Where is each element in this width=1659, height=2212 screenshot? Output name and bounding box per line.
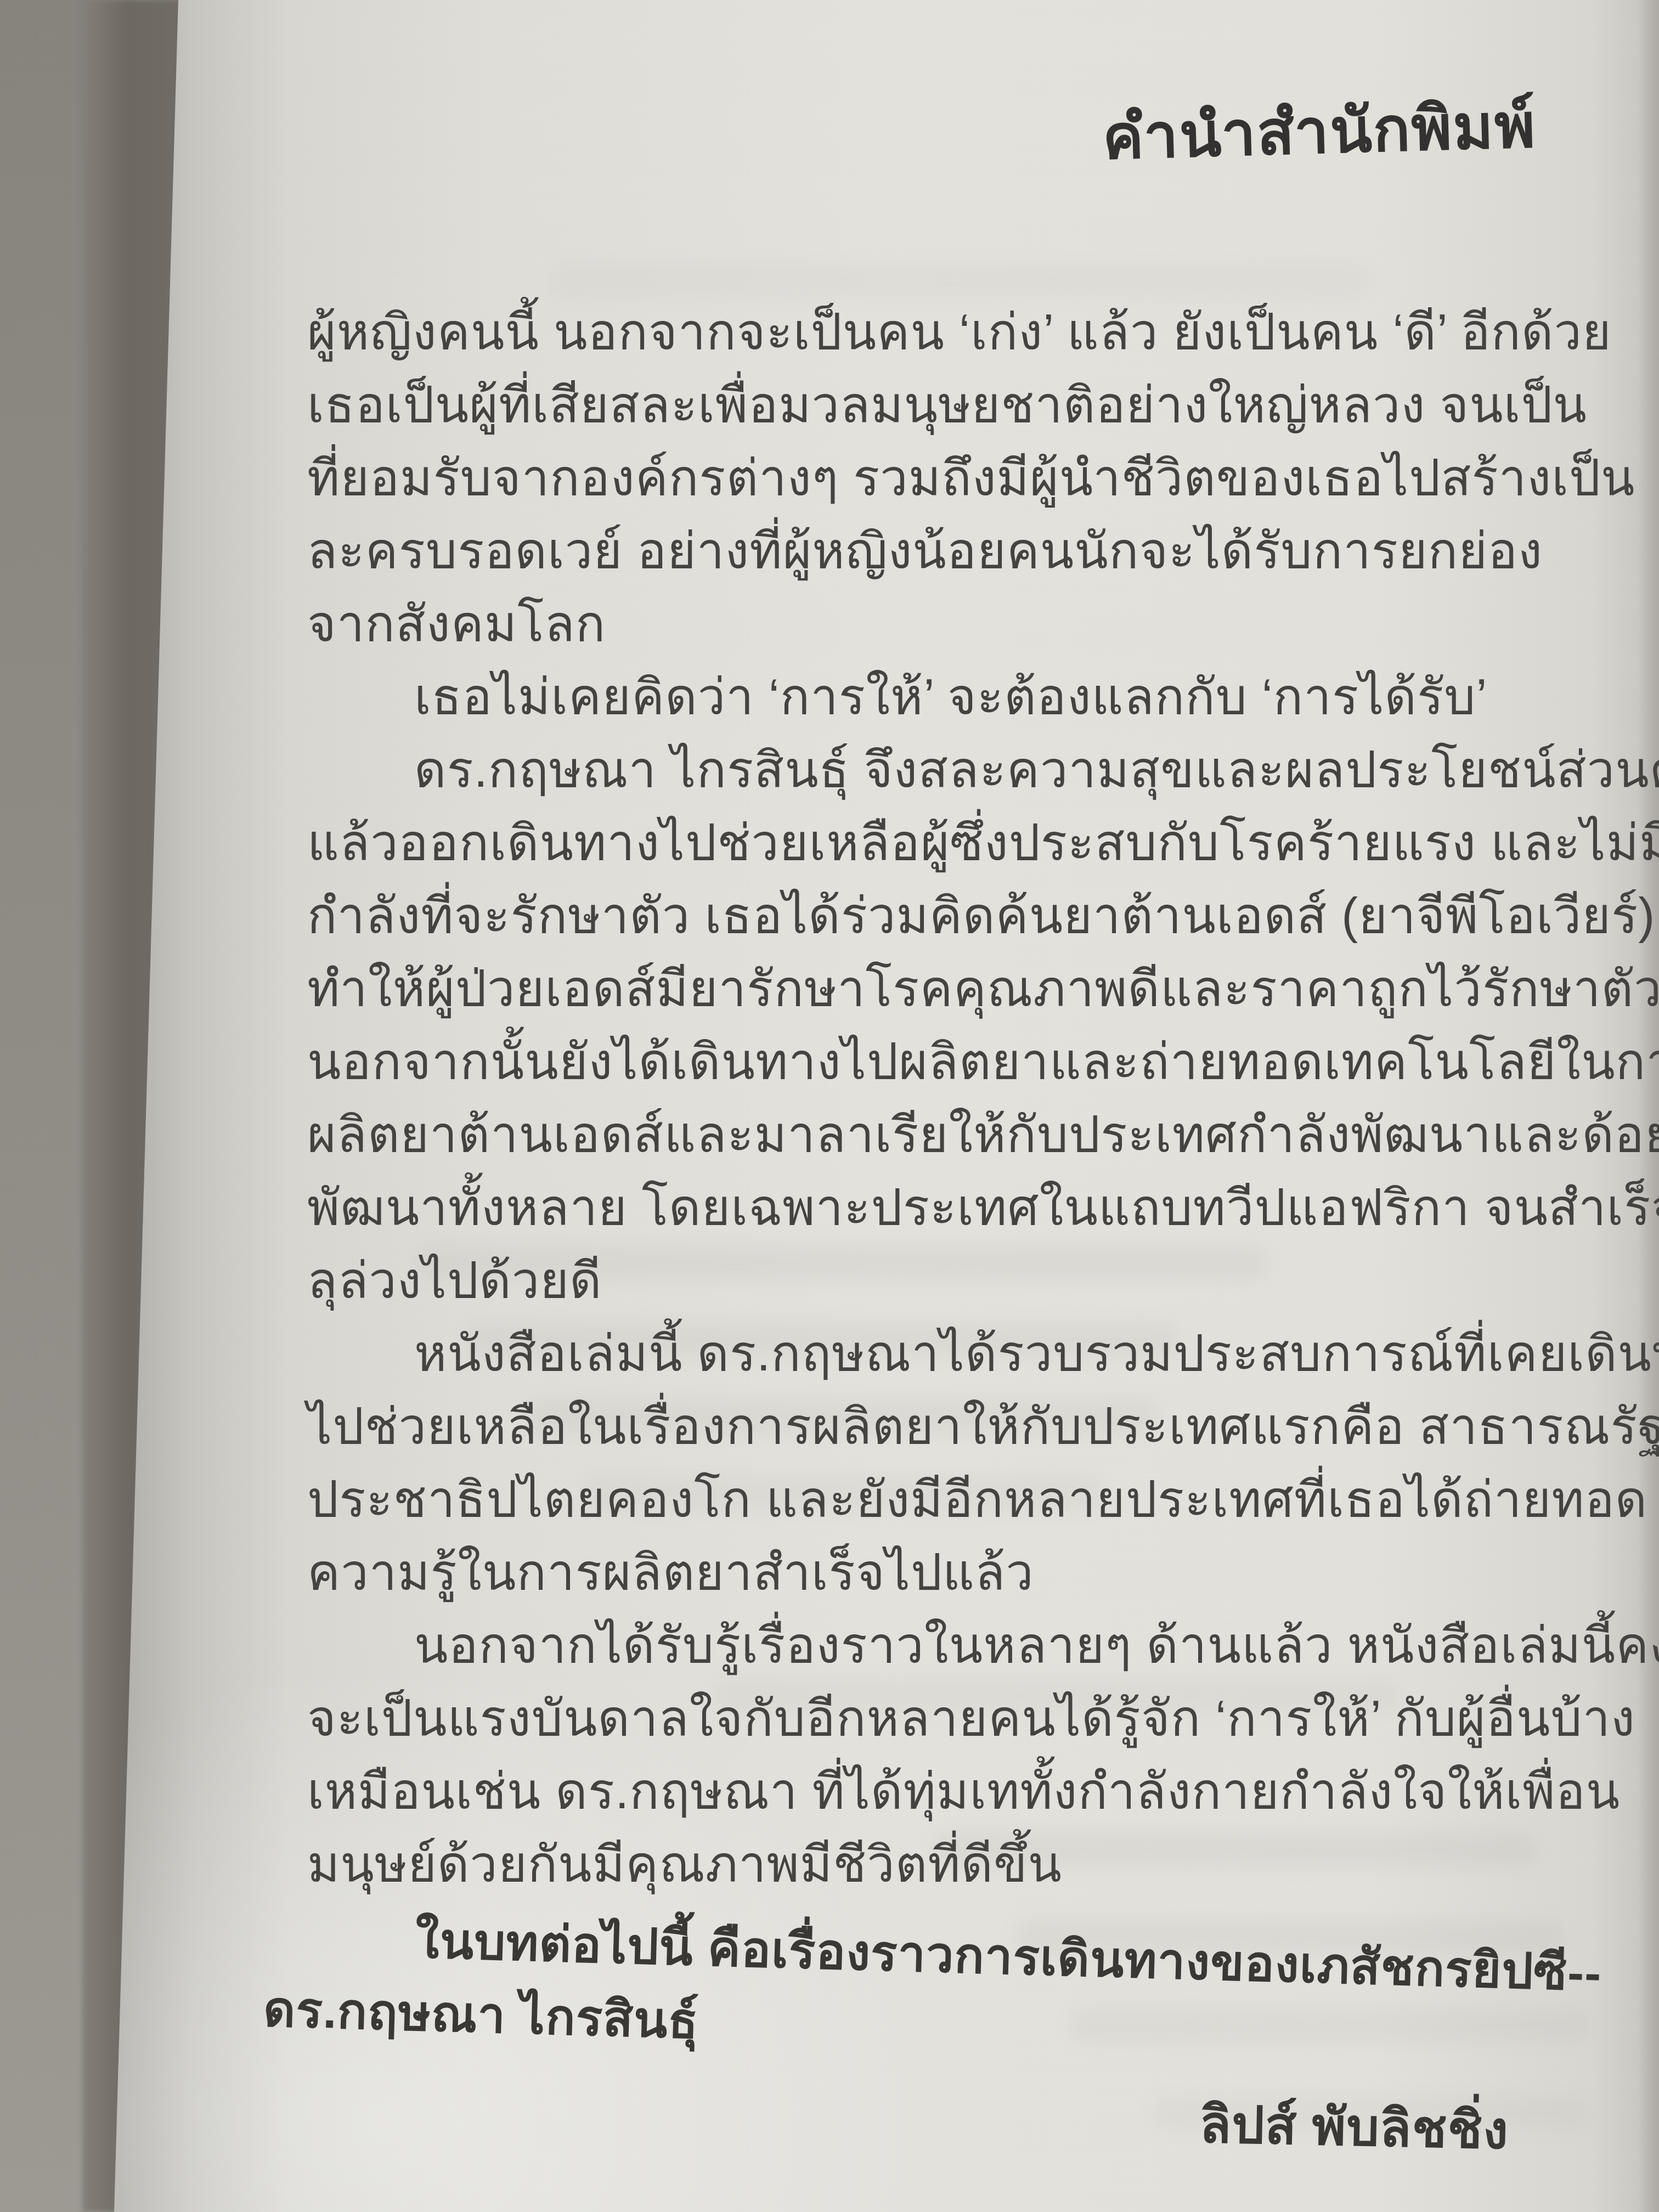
paragraph-5: นอกจากได้รับรู้เรื่องราวในหลายๆ ด้านแล้ว… bbox=[307, 1610, 1585, 1901]
preface-line: แล้วออกเดินทางไปช่วยเหลือผู้ซึ่งประสบกับ… bbox=[307, 807, 1585, 880]
preface-line: หนังสือเล่มนี้ ดร.กฤษณาได้รวบรวมประสบการ… bbox=[307, 1318, 1585, 1391]
preface-line: จากสังคมโลก bbox=[307, 588, 1585, 661]
page-right-edge bbox=[1638, 0, 1659, 2212]
paragraph-3: ดร.กฤษณา ไกรสินธุ์ จึงสละความสุขและผลประ… bbox=[307, 734, 1585, 1318]
paragraph-1: ผู้หญิงคนนี้ นอกจากจะเป็นคน ‘เก่ง’ แล้ว … bbox=[307, 296, 1585, 661]
preface-body: ผู้หญิงคนนี้ นอกจากจะเป็นคน ‘เก่ง’ แล้ว … bbox=[307, 296, 1585, 2171]
paragraph-2: เธอไม่เคยคิดว่า ‘การให้’ จะต้องแลกกับ ‘ก… bbox=[307, 661, 1585, 734]
preface-line: จะเป็นแรงบันดาลใจกับอีกหลายคนได้รู้จัก ‘… bbox=[307, 1683, 1585, 1756]
preface-line: ความรู้ในการผลิตยาสำเร็จไปแล้ว bbox=[307, 1537, 1585, 1610]
preface-line: ผลิตยาต้านเอดส์และมาลาเรียให้กับประเทศกำ… bbox=[307, 1099, 1585, 1172]
preface-line: ทำให้ผู้ป่วยเอดส์มียารักษาโรคคุณภาพดีและ… bbox=[307, 953, 1585, 1026]
showthrough-streak bbox=[549, 263, 1372, 298]
preface-line: ลุล่วงไปด้วยดี bbox=[307, 1245, 1585, 1318]
paragraph-4: หนังสือเล่มนี้ ดร.กฤษณาได้รวบรวมประสบการ… bbox=[307, 1318, 1585, 1610]
preface-line: ประชาธิปไตยคองโก และยังมีอีกหลายประเทศที… bbox=[307, 1464, 1585, 1537]
preface-line: ดร.กฤษณา ไกรสินธุ์ จึงสละความสุขและผลประ… bbox=[307, 734, 1585, 807]
preface-line: นอกจากได้รับรู้เรื่องราวในหลายๆ ด้านแล้ว… bbox=[307, 1610, 1585, 1683]
preface-line: ไปช่วยเหลือในเรื่องการผลิตยาให้กับประเทศ… bbox=[307, 1391, 1585, 1464]
preface-line: กำลังที่จะรักษาตัว เธอได้ร่วมคิดค้นยาต้า… bbox=[307, 880, 1585, 953]
preface-line: นอกจากนั้นยังได้เดินทางไปผลิตยาและถ่ายทอ… bbox=[307, 1026, 1585, 1099]
preface-line: ละครบรอดเวย์ อย่างที่ผู้หญิงน้อยคนนักจะไ… bbox=[307, 515, 1585, 588]
preface-line: ผู้หญิงคนนี้ นอกจากจะเป็นคน ‘เก่ง’ แล้ว … bbox=[307, 296, 1585, 369]
preface-line: ที่ยอมรับจากองค์กรต่างๆ รวมถึงมีผู้นำชีว… bbox=[307, 442, 1585, 515]
preface-line: พัฒนาทั้งหลาย โดยเฉพาะประเทศในแถบทวีปแอฟ… bbox=[307, 1172, 1585, 1245]
photo-of-book-page: คำนำสำนักพิมพ์ ผู้หญิงคนนี้ นอกจากจะเป็น… bbox=[0, 0, 1659, 2212]
preface-line: มนุษย์ด้วยกันมีคุณภาพมีชีวิตที่ดีขึ้น bbox=[307, 1829, 1585, 1901]
preface-line: เธอเป็นผู้ที่เสียสละเพื่อมวลมนุษยชาติอย่… bbox=[307, 369, 1585, 442]
preface-line: เหมือนเช่น ดร.กฤษณา ที่ได้ทุ่มเททั้งกำลั… bbox=[307, 1756, 1585, 1829]
publisher-signature: ลิปส์ พับลิชชิ่ง bbox=[307, 2067, 1586, 2171]
paragraph-closing: ในบทต่อไปนี้ คือเรื่องราวการเดินทางของเภ… bbox=[305, 1901, 1587, 2083]
preface-line: เธอไม่เคยคิดว่า ‘การให้’ จะต้องแลกกับ ‘ก… bbox=[307, 661, 1585, 734]
